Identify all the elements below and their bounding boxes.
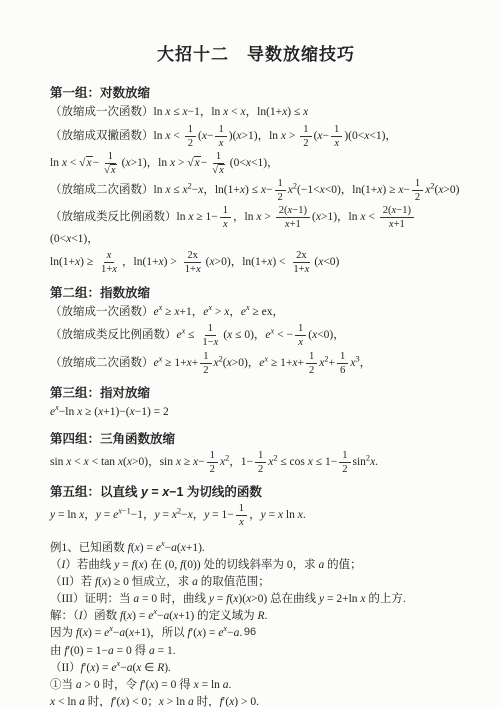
section-heading: 第三组：指对放缩 <box>50 383 462 401</box>
formula-line: ex−ln x ≥ (x+1)−(x−1) = 2 <box>50 404 462 422</box>
example-line: （I）若曲线 y = f(x) 在 (0, f(0)) 处的切线斜率为 0，求 … <box>50 557 462 573</box>
example-line: 由 f′(0) = 1−a = 0 得 a = 1. <box>50 643 462 659</box>
section-heading: 第二组：指数放缩 <box>50 283 462 301</box>
formula-line: （放缩成一次函数）ln x ≤ x−1，ln x < x，ln(1+x) ≤ x <box>50 104 462 122</box>
formula-line: （放缩成一次函数）ex ≥ x+1，ex > x，ex ≥ ex， <box>50 304 462 322</box>
example-1-block: 例1、已知函数 f(x) = ex−a(x+1). （I）若曲线 y = f(x… <box>50 540 462 707</box>
formula-line: ln x < √x−1√x(x>1)，ln x > √x−1√x(0<x<1)， <box>50 151 462 176</box>
formula-line: （放缩成二次函数）ex ≥ 1+x+12x2(x>0)，ex ≥ 1+x+12x… <box>50 351 462 376</box>
example-line: （II）f′(x) = ex−a(x ∈ R). <box>50 660 462 676</box>
example-line: 例1、已知函数 f(x) = ex−a(x+1). <box>50 540 462 556</box>
section-log-scaling: 第一组：对数放缩 （放缩成一次函数）ln x ≤ x−1，ln x < x，ln… <box>50 83 462 276</box>
section-heading: 第一组：对数放缩 <box>50 83 462 101</box>
example-line: ①当 a > 0 时，令 f′(x) = 0 得 x = ln a. <box>50 677 462 693</box>
page-number: 96 <box>0 626 500 638</box>
example-line: 解：（I）函数 f(x) = ex−a(x+1) 的定义域为 R. <box>50 608 462 624</box>
section-tangent-line-functions: 第五组：以直线 y = x−1 为切线的函数 y = ln x，y = ex−1… <box>50 482 462 528</box>
section-trig-scaling: 第四组：三角函数放缩 sin x < x < tan x(x>0)，sin x … <box>50 429 462 475</box>
page-title: 大招十二 导数放缩技巧 <box>50 40 462 65</box>
formula-line: ln(1+x) ≥ x1+x，ln(1+x) > 2x1+x(x>0)，ln(1… <box>50 250 462 275</box>
example-line: x < ln a 时，f′(x) < 0；x > ln a 时，f′(x) > … <box>50 694 462 707</box>
formula-line: （放缩成类反比例函数）ln x ≥ 1−1x，ln x > 2(x−1)x+1(… <box>50 205 462 248</box>
section-exp-scaling: 第二组：指数放缩 （放缩成一次函数）ex ≥ x+1，ex > x，ex ≥ e… <box>50 283 462 376</box>
document-page: 大招十二 导数放缩技巧 第一组：对数放缩 （放缩成一次函数）ln x ≤ x−1… <box>0 0 500 707</box>
section-heading: 第五组：以直线 y = x−1 为切线的函数 <box>50 482 462 500</box>
example-line: （III）证明：当 a = 0 时，曲线 y = f(x)(x>0) 总在曲线 … <box>50 591 462 607</box>
formula-line: （放缩成二次函数）ln x ≤ x2−x，ln(1+x) ≤ x−12x2(−1… <box>50 178 462 203</box>
example-line: （II）若 f(x) ≥ 0 恒成立，求 a 的取值范围； <box>50 574 462 590</box>
formula-line: （放缩成类反比例函数）ex ≤ 11−x(x ≤ 0)，ex < −1x(x<0… <box>50 323 462 348</box>
formula-line: y = ln x，y = ex−1−1，y = x2−x，y = 1−1x，y … <box>50 503 462 528</box>
formula-line: sin x < x < tan x(x>0)，sin x ≥ x−12x2，1−… <box>50 450 462 475</box>
section-heading: 第四组：三角函数放缩 <box>50 429 462 447</box>
section-explog-scaling: 第三组：指对放缩 ex−ln x ≥ (x+1)−(x−1) = 2 <box>50 383 462 422</box>
formula-line: （放缩成双撇函数）ln x < 12(x−1x)(x>1)，ln x > 12(… <box>50 124 462 149</box>
